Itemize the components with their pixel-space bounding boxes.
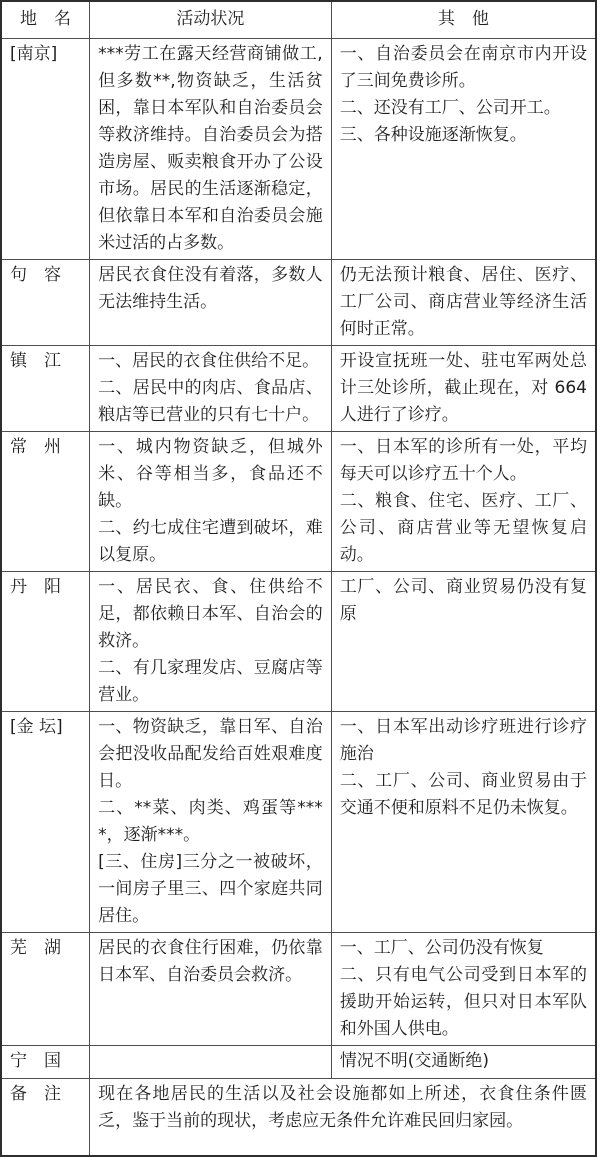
activity-cell: 一、物资缺乏，靠日军、自治会把没收品配发给百姓艰难度日。 二、**菜、肉类、鸡蛋… — [90, 711, 332, 932]
place-cell: 句 容 — [1, 259, 90, 345]
activity-cell: ***劳工在露天经营商铺做工,但多数**,物资缺乏，生活贫困，靠日本军队和自治委… — [90, 38, 332, 259]
header-other: 其 他 — [331, 1, 596, 38]
table-row-changzhou: 常 州 一、城内物资缺乏，但城外米、谷等相当多，食品还不缺。 二、约七成住宅遭到… — [1, 431, 596, 571]
activity-cell: 居民衣食住没有着落，多数人无法维持生活。 — [90, 259, 332, 345]
other-cell: 开设宣抚班一处、驻屯军两处总计三处诊所，截止现在，对 664 人进行了诊疗。 — [331, 345, 596, 431]
activity-cell: 一、城内物资缺乏，但城外米、谷等相当多，食品还不缺。 二、约七成住宅遭到破坏，难… — [90, 431, 332, 571]
table-row-nanjing: [南京] ***劳工在露天经营商铺做工,但多数**,物资缺乏，生活贫困，靠日本军… — [1, 38, 596, 259]
place-cell: 镇 江 — [1, 345, 90, 431]
other-cell: 一、日本军的诊所有一处，平均每天可以诊疗五十个人。 二、粮食、住宅、医疗、工厂、… — [331, 431, 596, 571]
table-row-wuhu: 芜 湖 居民的衣食住行困难，仍依靠日本军、自治委员会救济。 一、工厂、公司仍没有… — [1, 932, 596, 1045]
table-row-jintan: [金 坛] 一、物资缺乏，靠日军、自治会把没收品配发给百姓艰难度日。 二、**菜… — [1, 711, 596, 932]
place-cell: 丹 阳 — [1, 571, 90, 711]
document-page: 地 名 活动状况 其 他 [南京] ***劳工在露天经营商铺做工,但多数**,物… — [0, 0, 597, 985]
place-cell: [南京] — [1, 38, 90, 259]
note-label-cell: 备 注 — [1, 1078, 90, 1156]
activity-cell: 居民的衣食住行困难，仍依靠日本军、自治委员会救济。 — [90, 932, 332, 1045]
place-cell: 常 州 — [1, 431, 90, 571]
other-cell: 一、工厂、公司仍没有恢复 二、只有电气公司受到日本军的援助开始运转，但只对日本军… — [331, 932, 596, 1045]
activity-cell: 一、居民衣、食、住供给不足，都依赖日本军、自治会的救济。 二、有几家理发店、豆腐… — [90, 571, 332, 711]
place-cell: [金 坛] — [1, 711, 90, 932]
table-row-zhenjiang: 镇 江 一、居民的衣食住供给不足。 二、居民中的肉店、食品店、粮店等已营业的只有… — [1, 345, 596, 431]
other-cell: 工厂、公司、商业贸易仍没有复原 — [331, 571, 596, 711]
header-activity: 活动状况 — [90, 1, 332, 38]
activity-cell: 一、居民的衣食住供给不足。 二、居民中的肉店、食品店、粮店等已营业的只有七十户。 — [90, 345, 332, 431]
place-cell: 芜 湖 — [1, 932, 90, 1045]
other-cell: 情况不明(交通断绝) — [331, 1045, 596, 1078]
table-header-row: 地 名 活动状况 其 他 — [1, 1, 596, 38]
other-cell: 仍无法预计粮食、居住、医疗、工厂公司、商店营业等经济生活何时正常。 — [331, 259, 596, 345]
table-row-jurong: 句 容 居民衣食住没有着落，多数人无法维持生活。 仍无法预计粮食、居住、医疗、工… — [1, 259, 596, 345]
table-row-danyang: 丹 阳 一、居民衣、食、住供给不足，都依赖日本军、自治会的救济。 二、有几家理发… — [1, 571, 596, 711]
note-text-cell: 现在各地居民的生活以及社会设施都如上所述，衣食住条件匮乏，鉴于当前的现状，考虑应… — [90, 1078, 596, 1156]
table-row-ningguo: 宁 国 情况不明(交通断绝) — [1, 1045, 596, 1078]
place-cell: 宁 国 — [1, 1045, 90, 1078]
activity-cell — [90, 1045, 332, 1078]
report-table: 地 名 活动状况 其 他 [南京] ***劳工在露天经营商铺做工,但多数**,物… — [0, 0, 597, 1157]
table-row-note: 备 注 现在各地居民的生活以及社会设施都如上所述，衣食住条件匮乏，鉴于当前的现状… — [1, 1078, 596, 1156]
header-place: 地 名 — [1, 1, 90, 38]
other-cell: 一、自治委员会在南京市内开设了三间免费诊所。 二、还没有工厂、公司开工。 三、各… — [331, 38, 596, 259]
other-cell: 一、日本军出动诊疗班进行诊疗施治 二、工厂、公司、商业贸易由于交通不便和原料不足… — [331, 711, 596, 932]
